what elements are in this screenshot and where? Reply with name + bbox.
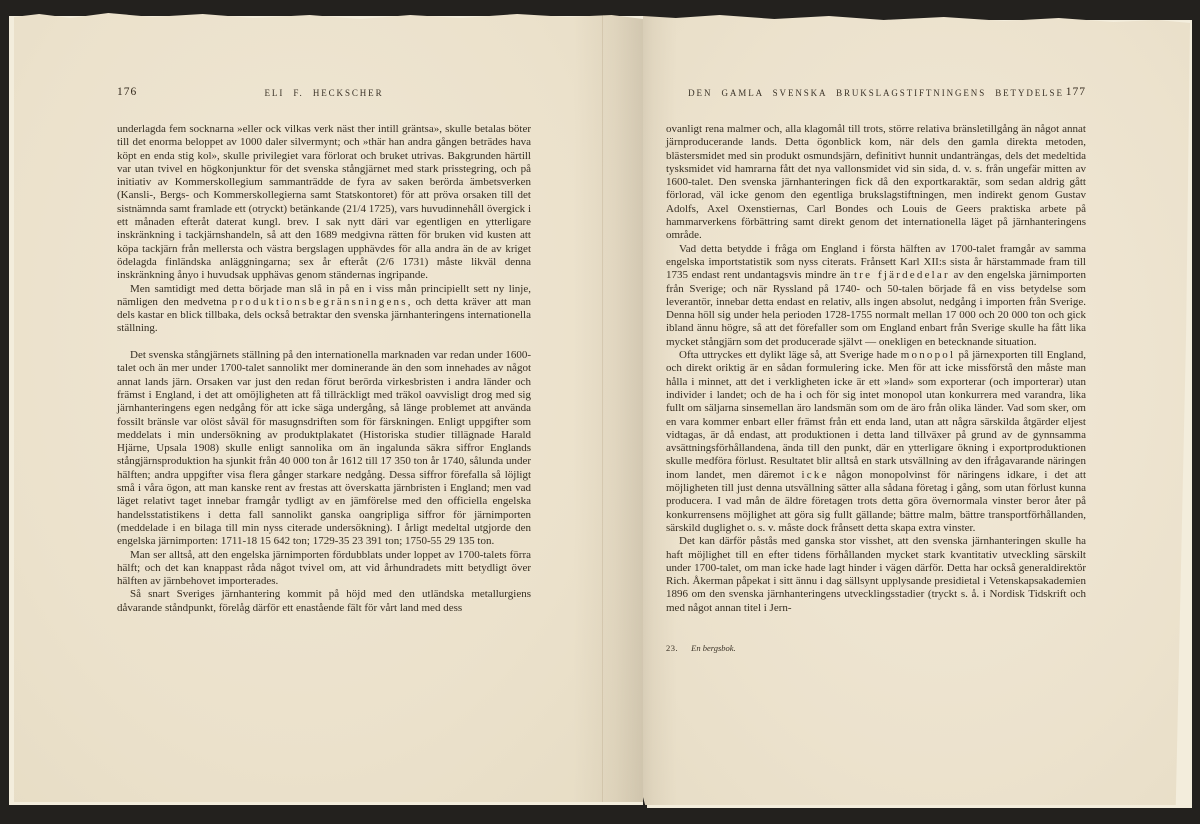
paragraph: underlagda fem socknarna »eller ock vilk… xyxy=(117,123,531,283)
footnote-mark: 23. xyxy=(666,643,678,653)
page-left: 176 ELI F. HECKSCHER underlagda fem sock… xyxy=(14,11,643,802)
paragraph: Men samtidigt med detta började man slå … xyxy=(117,283,531,336)
text-segment: Man ser alltså, att den engelska järnimp… xyxy=(117,549,531,588)
paragraph: Det svenska stångjärnets ställning på de… xyxy=(117,349,531,548)
paragraph: Man ser alltså, att den engelska järnimp… xyxy=(117,549,531,589)
emphasized-text: monopol xyxy=(901,349,956,361)
running-title-left: ELI F. HECKSCHER xyxy=(117,86,531,98)
right-text-block: DEN GAMLA SVENSKA BRUKSLAGSTIFTNINGENS B… xyxy=(666,86,1086,615)
left-body-text: underlagda fem socknarna »eller ock vilk… xyxy=(117,123,531,615)
paragraph: Vad detta betydde i fråga om England i f… xyxy=(666,243,1086,349)
page-number-right: 177 xyxy=(1066,86,1086,98)
text-segment: Ofta uttryckes ett dylikt läge så, att S… xyxy=(679,349,901,361)
left-running-header: 176 ELI F. HECKSCHER xyxy=(117,86,531,110)
emphasized-text: icke xyxy=(802,469,829,481)
text-segment: underlagda fem socknarna »eller ock vilk… xyxy=(117,123,531,281)
page-right: DEN GAMLA SVENSKA BRUKSLAGSTIFTNINGENS B… xyxy=(643,14,1190,805)
gutter-crease xyxy=(602,11,604,802)
text-segment: Det svenska stångjärnets ställning på de… xyxy=(117,349,531,547)
right-body-text: ovanligt rena malmer och, alla klagomål … xyxy=(666,123,1086,615)
paragraph: Det kan därför påstås med ganska stor vi… xyxy=(666,535,1086,615)
emphasized-text: tre fjärdedelar xyxy=(854,269,950,281)
text-segment: Det kan därför påstås med ganska stor vi… xyxy=(666,535,1086,613)
emphasized-text: produktionsbegränsningens xyxy=(232,296,408,308)
book-spread: 176 ELI F. HECKSCHER underlagda fem sock… xyxy=(0,0,1200,824)
left-text-block: 176 ELI F. HECKSCHER underlagda fem sock… xyxy=(117,86,531,615)
footnote: 23.En bergsbok. xyxy=(666,643,1086,653)
right-running-header: DEN GAMLA SVENSKA BRUKSLAGSTIFTNINGENS B… xyxy=(666,86,1086,110)
paragraph: Så snart Sveriges järnhantering kommit p… xyxy=(117,588,531,615)
text-segment: ovanligt rena malmer och, alla klagomål … xyxy=(666,123,1086,241)
page-number-left: 176 xyxy=(117,86,137,98)
footnote-text: En bergsbok. xyxy=(691,643,736,653)
text-segment: Så snart Sveriges järnhantering kommit p… xyxy=(117,588,531,613)
running-title-right: DEN GAMLA SVENSKA BRUKSLAGSTIFTNINGENS B… xyxy=(666,86,1086,98)
paragraph: Ofta uttryckes ett dylikt läge så, att S… xyxy=(666,349,1086,535)
paragraph: ovanligt rena malmer och, alla klagomål … xyxy=(666,123,1086,243)
text-segment: på järnexporten till England, och direkt… xyxy=(666,349,1086,481)
